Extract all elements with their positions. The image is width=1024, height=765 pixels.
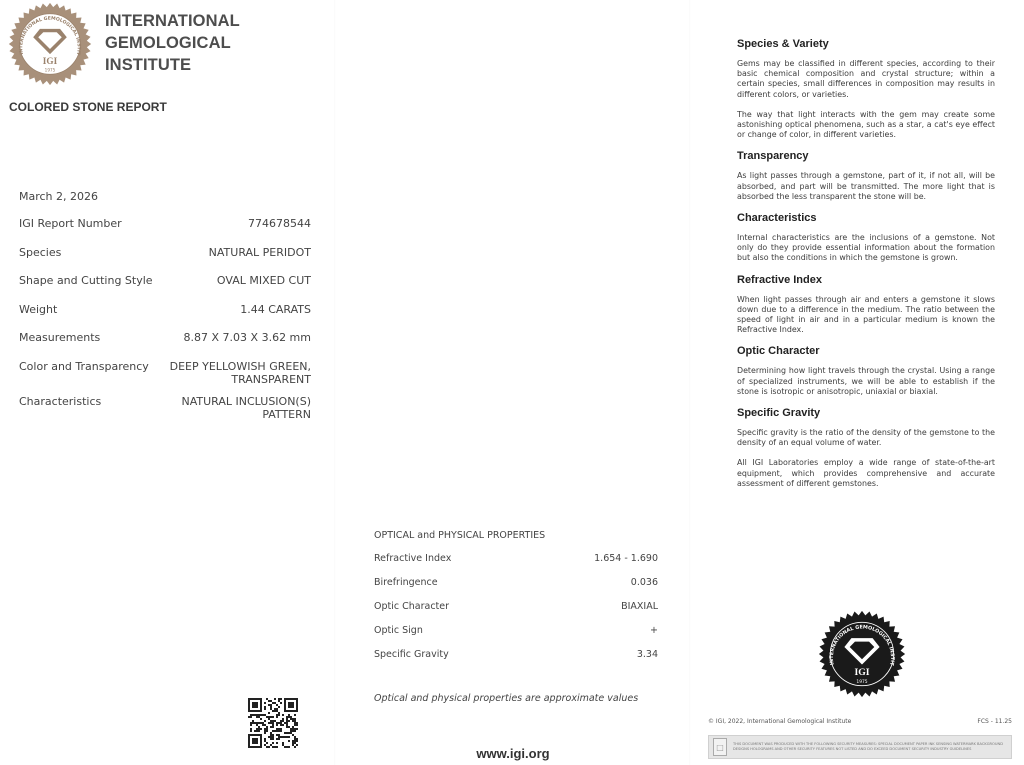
report-row: CharacteristicsNATURAL INCLUSION(S)PATTE… bbox=[19, 395, 311, 421]
report-row-label: Color and Transparency bbox=[19, 360, 149, 386]
info-section: Optic CharacterDetermining how light tra… bbox=[737, 345, 995, 397]
property-row: Optic CharacterBIAXIAL bbox=[374, 601, 658, 625]
igi-seal-icon: IGI1975INTERNATIONAL GEMOLOGICAL INSTITU… bbox=[7, 2, 93, 86]
report-front-panel: IGI1975INTERNATIONAL GEMOLOGICAL INSTITU… bbox=[0, 0, 336, 765]
information-panel: Species & VarietyGems may be classified … bbox=[690, 0, 1024, 765]
document-lock-icon: □ bbox=[713, 738, 727, 756]
approximate-values-note: Optical and physical properties are appr… bbox=[374, 693, 638, 704]
info-section-title: Species & Variety bbox=[737, 38, 995, 50]
property-row: Birefringence0.036 bbox=[374, 577, 658, 601]
info-section-text: Specific gravity is the ratio of the den… bbox=[737, 428, 995, 448]
info-section-text: All IGI Laboratories employ a wide range… bbox=[737, 458, 995, 489]
report-row-label: Measurements bbox=[19, 331, 100, 344]
optical-properties-section: OPTICAL and PHYSICAL PROPERTIES Refracti… bbox=[374, 530, 658, 673]
svg-text:1975: 1975 bbox=[856, 679, 867, 685]
info-section-title: Optic Character bbox=[737, 345, 995, 357]
report-row-value: 8.87 X 7.03 X 3.62 mm bbox=[184, 331, 311, 344]
report-row-value-line: PATTERN bbox=[182, 408, 311, 421]
security-notice-text: This document was produced with the foll… bbox=[733, 742, 1011, 752]
property-row: Specific Gravity3.34 bbox=[374, 649, 658, 673]
form-code: FCS - 11.25 bbox=[977, 718, 1012, 725]
report-row-value: NATURAL PERIDOT bbox=[209, 246, 311, 259]
report-title: COLORED STONE REPORT bbox=[9, 100, 167, 114]
report-row-value: NATURAL INCLUSION(S)PATTERN bbox=[182, 395, 311, 421]
properties-panel: OPTICAL and PHYSICAL PROPERTIES Refracti… bbox=[336, 0, 690, 765]
report-row-label: Species bbox=[19, 246, 61, 259]
info-section-title: Specific Gravity bbox=[737, 407, 995, 419]
info-section: CharacteristicsInternal characteristics … bbox=[737, 212, 995, 264]
info-section-text: Determining how light travels through th… bbox=[737, 366, 995, 397]
report-row-value: 1.44 CARATS bbox=[240, 303, 311, 316]
report-row: SpeciesNATURAL PERIDOT bbox=[19, 246, 311, 259]
property-label: Optic Sign bbox=[374, 625, 423, 649]
report-row: Measurements8.87 X 7.03 X 3.62 mm bbox=[19, 331, 311, 344]
svg-text:IGI: IGI bbox=[43, 56, 58, 66]
report-row-label: Characteristics bbox=[19, 395, 101, 421]
info-section-title: Transparency bbox=[737, 150, 995, 162]
report-row-label: Shape and Cutting Style bbox=[19, 274, 153, 287]
svg-text:IGI: IGI bbox=[854, 667, 869, 678]
info-sections: Species & VarietyGems may be classified … bbox=[737, 38, 995, 499]
property-row: Optic Sign+ bbox=[374, 625, 658, 649]
info-section: TransparencyAs light passes through a ge… bbox=[737, 150, 995, 202]
qr-code-icon[interactable] bbox=[248, 698, 298, 748]
report-row: Weight1.44 CARATS bbox=[19, 303, 311, 316]
property-value: 1.654 - 1.690 bbox=[594, 553, 658, 577]
report-row-value: 774678544 bbox=[248, 217, 311, 230]
security-notice: □ This document was produced with the fo… bbox=[708, 735, 1012, 759]
property-value: BIAXIAL bbox=[621, 601, 658, 625]
report-row-value-line: DEEP YELLOWISH GREEN, bbox=[170, 360, 311, 373]
report-row: Color and TransparencyDEEP YELLOWISH GRE… bbox=[19, 360, 311, 386]
report-row-value: OVAL MIXED CUT bbox=[217, 274, 311, 287]
website-link[interactable]: www.igi.org bbox=[336, 746, 690, 761]
property-label: Specific Gravity bbox=[374, 649, 449, 673]
info-section-text: Gems may be classified in different spec… bbox=[737, 59, 995, 100]
report-row: Shape and Cutting StyleOVAL MIXED CUT bbox=[19, 274, 311, 287]
report-row-value: DEEP YELLOWISH GREEN,TRANSPARENT bbox=[170, 360, 311, 386]
info-section-text: When light passes through air and enters… bbox=[737, 295, 995, 336]
optical-properties-heading: OPTICAL and PHYSICAL PROPERTIES bbox=[374, 530, 658, 541]
org-name-line: GEMOLOGICAL bbox=[105, 32, 240, 54]
copyright-text: © IGI, 2022, International Gemological I… bbox=[708, 718, 851, 725]
info-section-text: Internal characteristics are the inclusi… bbox=[737, 233, 995, 264]
property-label: Birefringence bbox=[374, 577, 438, 601]
property-label: Optic Character bbox=[374, 601, 449, 625]
report-row-label: IGI Report Number bbox=[19, 217, 122, 230]
info-section-text: The way that light interacts with the ge… bbox=[737, 110, 995, 141]
igi-seal-icon: IGI1975INTERNATIONAL GEMOLOGICAL INSTITU… bbox=[818, 610, 906, 698]
property-value: 3.34 bbox=[637, 649, 658, 673]
org-name-line: INSTITUTE bbox=[105, 54, 240, 76]
property-label: Refractive Index bbox=[374, 553, 451, 577]
report-date: March 2, 2026 bbox=[19, 190, 98, 203]
org-name-line: INTERNATIONAL bbox=[105, 10, 240, 32]
info-section-text: As light passes through a gemstone, part… bbox=[737, 171, 995, 202]
report-row-label: Weight bbox=[19, 303, 57, 316]
property-value: + bbox=[650, 625, 658, 649]
optical-properties-table: Refractive Index1.654 - 1.690Birefringen… bbox=[374, 553, 658, 673]
property-row: Refractive Index1.654 - 1.690 bbox=[374, 553, 658, 577]
report-row-value-line: TRANSPARENT bbox=[170, 373, 311, 386]
info-section: Species & VarietyGems may be classified … bbox=[737, 38, 995, 140]
property-value: 0.036 bbox=[631, 577, 658, 601]
info-section: Refractive IndexWhen light passes throug… bbox=[737, 274, 995, 336]
info-section-title: Refractive Index bbox=[737, 274, 995, 286]
report-row: IGI Report Number774678544 bbox=[19, 217, 311, 230]
report-details-table: IGI Report Number774678544SpeciesNATURAL… bbox=[19, 217, 311, 430]
report-row-value-line: NATURAL INCLUSION(S) bbox=[182, 395, 311, 408]
organization-name: INTERNATIONAL GEMOLOGICAL INSTITUTE bbox=[105, 10, 240, 76]
svg-text:1975: 1975 bbox=[45, 68, 56, 73]
info-section: Specific GravitySpecific gravity is the … bbox=[737, 407, 995, 489]
info-section-title: Characteristics bbox=[737, 212, 995, 224]
